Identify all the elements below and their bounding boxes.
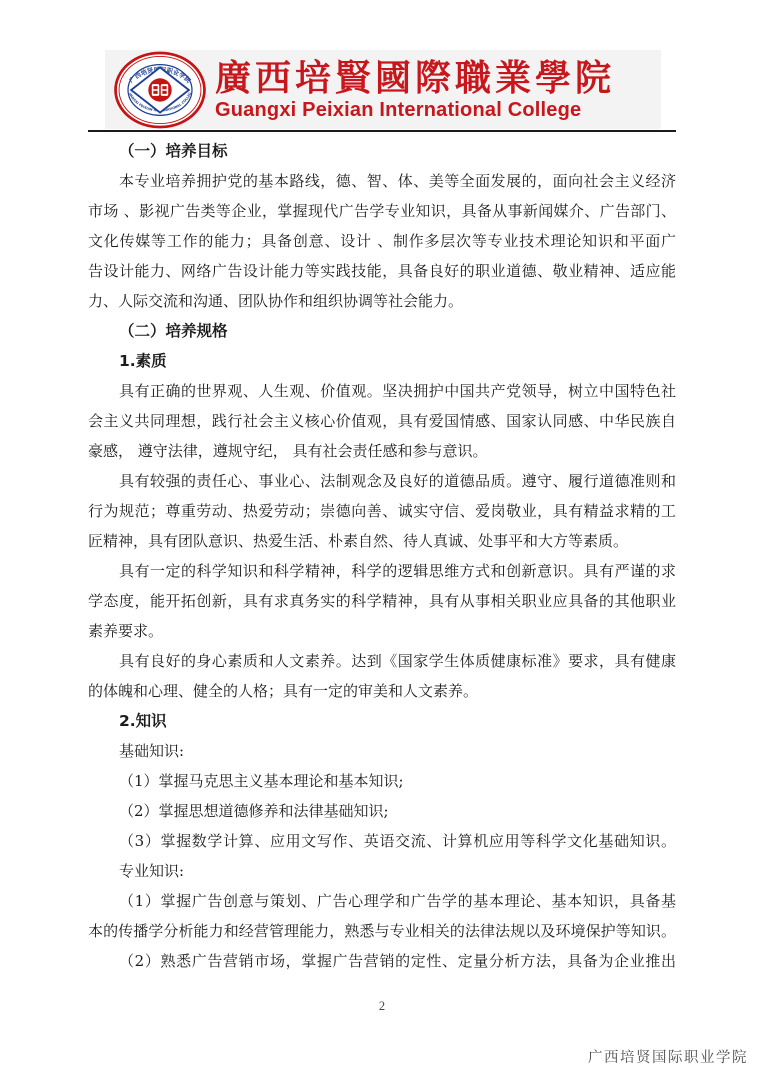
text-line: （2）掌握思想道德修养和法律基础知识; xyxy=(88,796,676,826)
text-line: 力、人际交流和沟通、团队协作和组织协调等社会能力。 xyxy=(88,286,676,316)
text-line: （3）掌握数学计算、应用文写作、英语交流、计算机应用等科学文化基础知识。 xyxy=(88,826,676,856)
text-line: （2）熟悉广告营销市场，掌握广告营销的定性、定量分析方法，具备为企业推出 xyxy=(88,946,676,976)
footer-college-name: 广西培贤国际职业学院 xyxy=(588,1046,748,1067)
text-line: 告设计能力、网络广告设计能力等实践技能，具备良好的职业道德、敬业精神、适应能 xyxy=(88,256,676,286)
text-line: 具有正确的世界观、人生观、价值观。坚决拥护中国共产党领导，树立中国特色社 xyxy=(88,376,676,406)
section-heading: （二）培养规格 xyxy=(88,316,676,346)
section-heading: 2.知识 xyxy=(88,706,676,736)
text-line: 基础知识: xyxy=(88,736,676,766)
text-line: 本专业培养拥护党的基本路线，德、智、体、美等全面发展的，面向社会主义经济 xyxy=(88,166,676,196)
text-line: （1）掌握马克思主义基本理论和基本知识; xyxy=(88,766,676,796)
text-line: 市场 、影视广告类等企业，掌握现代广告学专业知识，具备从事新闻媒介、广告部门、 xyxy=(88,196,676,226)
college-seal-logo: 广西培贤国际职业学院 GUANGXI PEIXIAN INTERNATIONAL… xyxy=(113,51,207,129)
text-line: 素养要求。 xyxy=(88,616,676,646)
section-heading: （一）培养目标 xyxy=(88,136,676,166)
text-line: 文化传媒等工作的能力；具备创意、设计 、制作多层次等专业技术理论知识和平面广 xyxy=(88,226,676,256)
text-line: 具有良好的身心素质和人文素养。达到《国家学生体质健康标准》要求，具有健康 xyxy=(88,646,676,676)
text-line: 学态度，能开拓创新，具有求真务实的科学精神，具有从事相关职业应具备的其他职业 xyxy=(88,586,676,616)
document-body: （一）培养目标本专业培养拥护党的基本路线，德、智、体、美等全面发展的，面向社会主… xyxy=(88,136,676,976)
text-line: （1）掌握广告创意与策划、广告心理学和广告学的基本理论、基本知识，具备基 xyxy=(88,886,676,916)
text-line: 本的传播学分析能力和经营管理能力，熟悉与专业相关的法律法规以及环境保护等知识。 xyxy=(88,916,676,946)
text-line: 会主义共同理想，践行社会主义核心价值观，具有爱国情感、国家认同感、中华民族自 xyxy=(88,406,676,436)
college-name-en: Guangxi Peixian International College xyxy=(215,99,615,122)
text-line: 的体魄和心理、健全的人格；具有一定的审美和人文素养。 xyxy=(88,676,676,706)
text-line: 专业知识: xyxy=(88,856,676,886)
section-heading: 1.素质 xyxy=(88,346,676,376)
text-line: 行为规范；尊重劳动、热爱劳动；崇德向善、诚实守信、爱岗敬业，具有精益求精的工 xyxy=(88,496,676,526)
page-number: 2 xyxy=(0,999,764,1014)
text-line: 豪感， 遵守法律，遵规守纪， 具有社会责任感和参与意识。 xyxy=(88,436,676,466)
document-page: 广西培贤国际职业学院 GUANGXI PEIXIAN INTERNATIONAL… xyxy=(0,0,764,1080)
page-header: 广西培贤国际职业学院 GUANGXI PEIXIAN INTERNATIONAL… xyxy=(105,50,661,129)
text-line: 匠精神，具有团队意识、热爱生活、朴素自然、待人真诚、处事平和大方等素质。 xyxy=(88,526,676,556)
text-line: 具有较强的责任心、事业心、法制观念及良好的道德品质。遵守、履行道德准则和 xyxy=(88,466,676,496)
header-rule xyxy=(88,130,676,132)
college-name-zh: 廣西培賢國際職業學院 xyxy=(215,57,615,99)
college-titles: 廣西培賢國際職業學院 Guangxi Peixian International… xyxy=(215,57,615,122)
text-line: 具有一定的科学知识和科学精神，科学的逻辑思维方式和创新意识。具有严谨的求 xyxy=(88,556,676,586)
